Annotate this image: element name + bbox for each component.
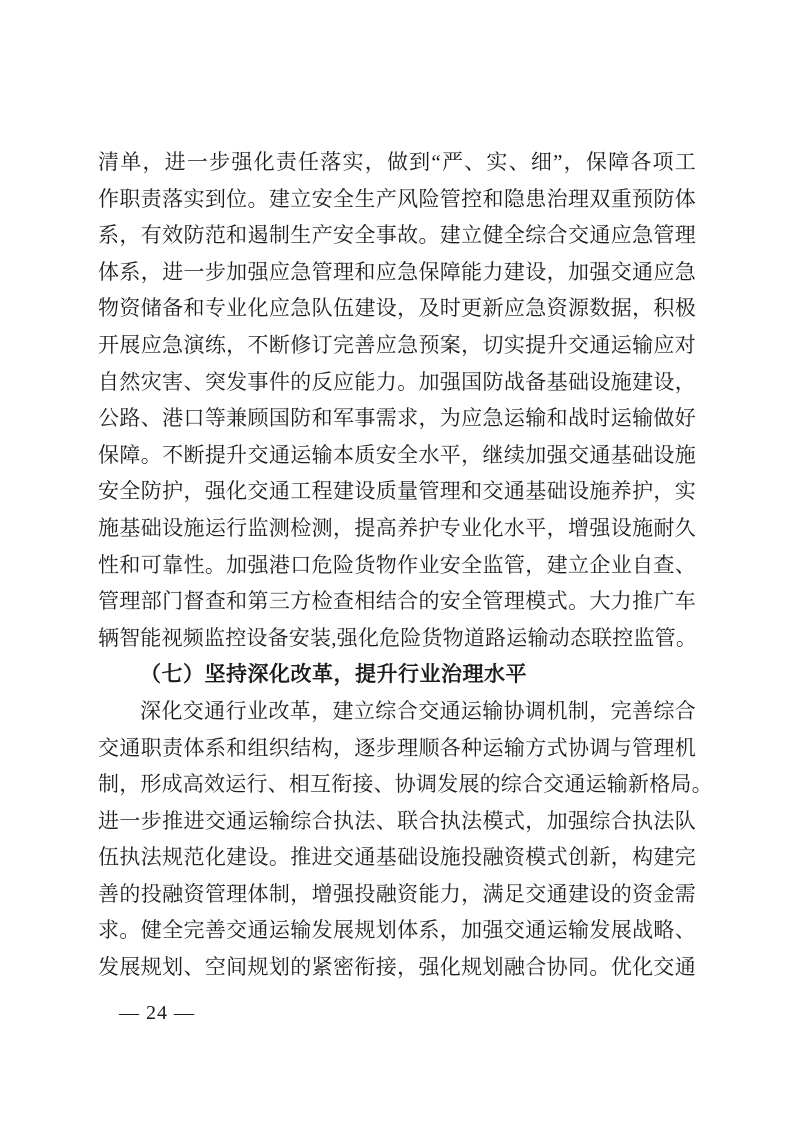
text-line: 系，有效防范和遏制生产安全事故。建立健全综合交通应急管理	[98, 217, 696, 254]
page-number: — 24 —	[119, 1000, 195, 1026]
document-body: 清单，进一步强化责任落实，做到“严、实、细”，保障各项工作职责落实到位。建立安全…	[98, 144, 696, 986]
text-line: 安全防护，强化交通工程建设质量管理和交通基础设施养护，实	[98, 473, 696, 510]
document-page: 清单，进一步强化责任落实，做到“严、实、细”，保障各项工作职责落实到位。建立安全…	[0, 0, 793, 1122]
text-line: 保障。不断提升交通运输本质安全水平，继续加强交通基础设施	[98, 437, 696, 474]
text-line: 性和可靠性。加强港口危险货物作业安全监管，建立企业自查、	[98, 547, 696, 584]
section-heading-line: （七）坚持深化改革，提升行业治理水平	[98, 656, 696, 693]
text-line: 清单，进一步强化责任落实，做到“严、实、细”，保障各项工	[98, 144, 696, 181]
text-line: 作职责落实到位。建立安全生产风险管控和隐患治理双重预防体	[98, 181, 696, 218]
text-line: 辆智能视频监控设备安装,强化危险货物道路运输动态联控监管。	[98, 620, 696, 657]
text-line: 自然灾害、突发事件的反应能力。加强国防战备基础设施建设，	[98, 364, 696, 401]
text-line: 深化交通行业改革，建立综合交通运输协调机制，完善综合	[98, 693, 696, 730]
text-line: 求。健全完善交通运输发展规划体系，加强交通运输发展战略、	[98, 912, 696, 949]
text-line: 交通职责体系和组织结构，逐步理顺各种运输方式协调与管理机	[98, 730, 696, 767]
text-line: 善的投融资管理体制，增强投融资能力，满足交通建设的资金需	[98, 876, 696, 913]
text-line: 管理部门督查和第三方检查相结合的安全管理模式。大力推广车	[98, 583, 696, 620]
text-line: 开展应急演练，不断修订完善应急预案，切实提升交通运输应对	[98, 327, 696, 364]
text-line: 发展规划、空间规划的紧密衔接，强化规划融合协同。优化交通	[98, 949, 696, 986]
text-line: 伍执法规范化建设。推进交通基础设施投融资模式创新，构建完	[98, 839, 696, 876]
text-line: 施基础设施运行监测检测，提高养护专业化水平，增强设施耐久	[98, 510, 696, 547]
text-line: 公路、港口等兼顾国防和军事需求，为应急运输和战时运输做好	[98, 400, 696, 437]
text-line: 物资储备和专业化应急队伍建设，及时更新应急资源数据，积极	[98, 290, 696, 327]
text-line: 体系，进一步加强应急管理和应急保障能力建设，加强交通应急	[98, 254, 696, 291]
text-line: 进一步推进交通运输综合执法、联合执法模式，加强综合执法队	[98, 803, 696, 840]
text-line: 制，形成高效运行、相互衔接、协调发展的综合交通运输新格局。	[98, 766, 696, 803]
